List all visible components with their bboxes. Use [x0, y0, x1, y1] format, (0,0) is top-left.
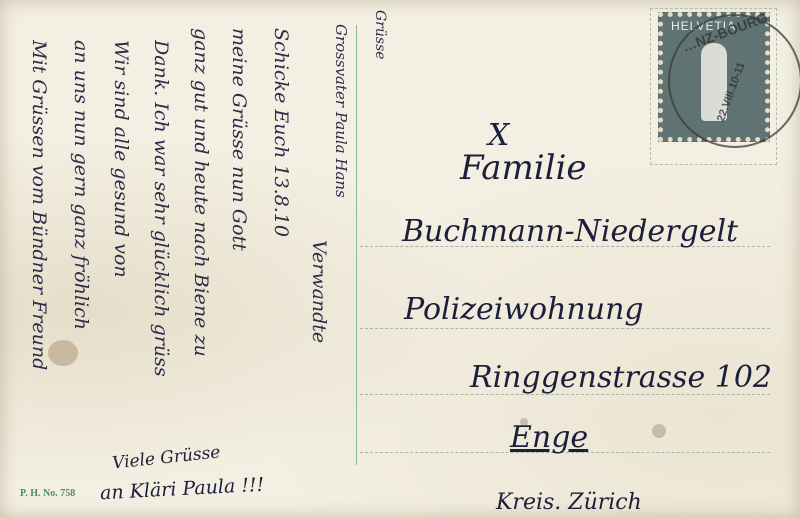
address-line4: Ringgenstrasse 102 — [470, 360, 772, 395]
message-line: Mit Grüssen vom Bündner Freund — [28, 40, 50, 370]
message-line: Dank. Ich war sehr glücklich grüss — [150, 40, 172, 377]
postcard: HELVETIA …NZ-BOURG 22.VIII.10-11 X Famil… — [0, 0, 800, 518]
message-line: ganz gut und heute nach Biene zu — [190, 28, 212, 357]
message-line: Schicke Euch 13.8.10 — [270, 28, 292, 237]
stain — [520, 418, 528, 426]
printer-mark: P. H. No. 758 — [20, 488, 75, 499]
postmark-date: 22.VIII.10-11 — [715, 61, 748, 124]
address-line3: Polizeiwohnung — [404, 292, 644, 327]
message-line: Wir sind alle gesund von — [110, 40, 132, 278]
closing-greeting: Viele Grüsse — [111, 442, 221, 473]
address-line2: Buchmann-Niedergelt — [402, 214, 738, 249]
address-line6: Kreis. Zürich — [496, 490, 642, 515]
address-line1: Familie — [460, 148, 587, 188]
message-line: meine Grüsse nun Gott — [228, 28, 250, 251]
message-line: Grüsse — [372, 10, 388, 60]
center-divider — [356, 25, 357, 465]
stain — [48, 340, 78, 366]
stain — [652, 424, 666, 438]
address-line-2 — [360, 328, 770, 329]
closing-signature: an Kläri Paula !!! — [100, 474, 265, 505]
message-line: an uns nun gern ganz fröhlich — [70, 40, 92, 330]
postmark: …NZ-BOURG 22.VIII.10-11 — [668, 14, 800, 148]
message-line: Verwandte — [308, 240, 330, 343]
message-line: Grossvater Paula Hans — [332, 24, 350, 198]
